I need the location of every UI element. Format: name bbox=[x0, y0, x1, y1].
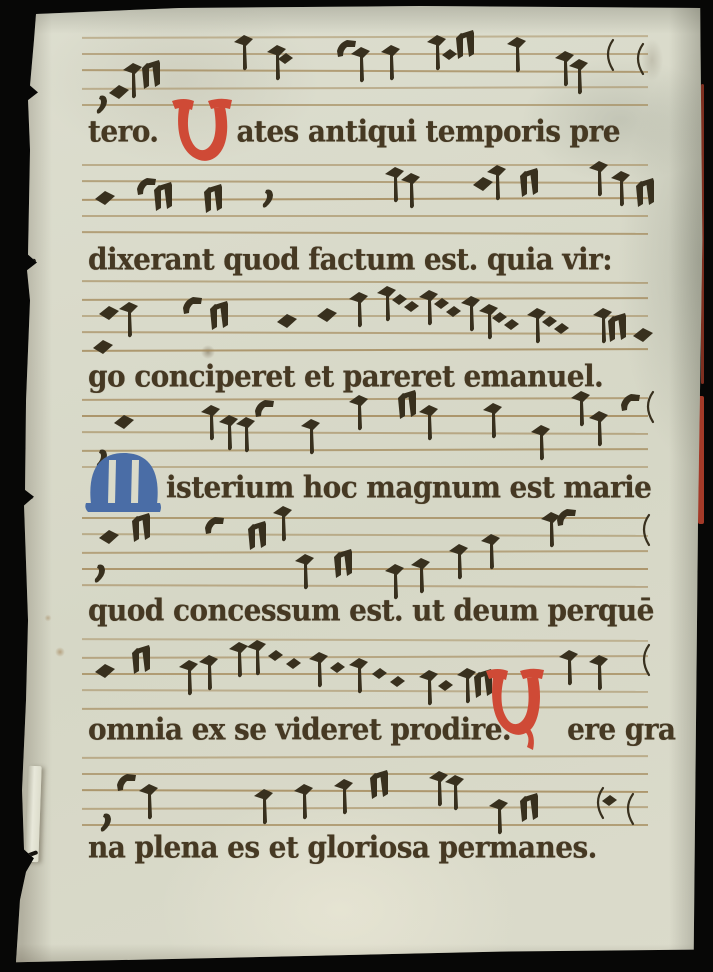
neume-p-icon bbox=[276, 313, 300, 357]
neume-v-icon bbox=[235, 416, 259, 460]
neume-y-icon bbox=[204, 515, 228, 559]
neume-d-icon bbox=[540, 315, 564, 359]
neume-d-icon bbox=[444, 305, 468, 349]
neume-v-icon bbox=[118, 301, 142, 345]
neume-y-icon bbox=[136, 176, 160, 220]
chant-text: tero. bbox=[88, 114, 158, 149]
neume-d-icon bbox=[370, 667, 394, 711]
chant-text: ates antiqui temporis pre bbox=[236, 114, 619, 149]
neume-v-icon bbox=[592, 307, 616, 351]
neume-v-icon bbox=[418, 289, 442, 333]
neume-v-icon bbox=[218, 414, 242, 458]
neume-d-icon bbox=[502, 318, 526, 362]
neume-v-icon bbox=[266, 44, 290, 88]
neume-y-icon bbox=[556, 507, 580, 551]
neume-v-icon bbox=[348, 394, 372, 438]
music-text-system: go conciperet et pareret emanuel. bbox=[88, 281, 640, 351]
neume-v-icon bbox=[348, 291, 372, 335]
neume-v-icon bbox=[418, 669, 442, 713]
neume-d-icon bbox=[284, 657, 308, 701]
neume-v-icon bbox=[308, 651, 332, 695]
neume-v-icon bbox=[376, 285, 400, 329]
neume-d-icon bbox=[490, 311, 514, 355]
music-text-system: tero. ates antiqui temporis pre bbox=[88, 36, 640, 106]
neume-v-icon bbox=[444, 774, 468, 818]
neume-v-icon bbox=[228, 641, 252, 685]
neume-d-icon bbox=[440, 48, 464, 92]
neume-v-icon bbox=[294, 553, 318, 597]
neume-c-icon bbox=[634, 643, 658, 687]
sewing-notch bbox=[22, 495, 34, 502]
neume-v-icon bbox=[426, 34, 450, 78]
neume-v-icon bbox=[568, 58, 592, 102]
neume-v-icon bbox=[456, 667, 480, 711]
neume-y-icon bbox=[254, 398, 278, 442]
neumes-layer bbox=[88, 756, 640, 826]
chant-text: dixerant quod factum est. quia vir: bbox=[88, 242, 612, 277]
neumes-layer bbox=[88, 281, 640, 351]
neume-v-icon bbox=[588, 654, 612, 698]
neume-p-icon bbox=[98, 305, 122, 349]
neume-v-icon bbox=[554, 50, 578, 94]
chant-text: omnia ex se videret prodire. bbox=[88, 712, 511, 747]
manuscript-leaf: tero. ates antiqui temporis pre dixerant… bbox=[0, 0, 713, 972]
chant-text: quod concessum est. ut deum perquē bbox=[88, 593, 654, 628]
neume-v-icon bbox=[293, 783, 317, 827]
neume-v-icon bbox=[448, 543, 472, 587]
music-text-system: isterium hoc magnum est marie bbox=[88, 398, 640, 468]
neume-d-icon bbox=[402, 300, 426, 344]
music-text-system: quod concessum est. ut deum perquē bbox=[88, 517, 640, 587]
chant-text-line: go conciperet et pareret emanuel. bbox=[88, 359, 603, 394]
neume-v-icon bbox=[384, 166, 408, 210]
neume-v-icon bbox=[610, 170, 634, 214]
neume-n-icon bbox=[368, 770, 392, 814]
sewing-notch bbox=[24, 258, 37, 266]
chant-text: na plena es et gloriosa permanes. bbox=[88, 830, 597, 865]
chant-text: ere gra bbox=[567, 712, 675, 747]
neumes-layer bbox=[88, 36, 640, 106]
neume-v-icon bbox=[400, 172, 424, 216]
neume-c-icon bbox=[618, 792, 642, 836]
neume-v-icon bbox=[482, 402, 506, 446]
neume-v-icon bbox=[526, 307, 550, 351]
neume-v-icon bbox=[428, 770, 452, 814]
neume-v-icon bbox=[380, 44, 404, 88]
neume-d-icon bbox=[266, 649, 290, 693]
neume-n-icon bbox=[130, 645, 154, 689]
chant-text: isterium hoc magnum est marie bbox=[166, 470, 651, 505]
neume-y-icon bbox=[336, 38, 360, 82]
neume-p-icon bbox=[316, 307, 340, 351]
neumes-layer bbox=[88, 517, 640, 587]
neume-c-icon bbox=[598, 38, 622, 82]
neume-v-icon bbox=[478, 303, 502, 347]
neume-v-icon bbox=[418, 404, 442, 448]
neume-p-icon bbox=[98, 529, 122, 573]
neume-v-icon bbox=[558, 649, 582, 693]
neume-v-icon bbox=[348, 657, 372, 701]
music-text-system: dixerant quod factum est. quia vir: bbox=[88, 164, 640, 234]
neume-v-icon bbox=[588, 410, 612, 454]
neume-y-icon bbox=[116, 772, 140, 816]
illuminated-initial-v-red bbox=[170, 98, 234, 168]
parchment-repair bbox=[25, 766, 41, 862]
music-text-system: na plena es et gloriosa permanes. bbox=[88, 756, 640, 826]
neumes-layer bbox=[88, 164, 640, 234]
music-text-system: omnia ex se videret prodire. ere gra bbox=[88, 639, 640, 709]
chant-text-line: isterium hoc magnum est marie bbox=[88, 470, 651, 505]
neume-v-icon bbox=[246, 639, 270, 683]
chant-text-line: na plena es et gloriosa permanes. bbox=[88, 830, 597, 865]
neume-v-icon bbox=[506, 36, 530, 80]
neume-y-icon bbox=[182, 295, 206, 339]
neume-d-icon bbox=[276, 52, 300, 96]
neume-p-icon bbox=[94, 663, 118, 707]
neumes-layer bbox=[88, 639, 640, 709]
chant-text-line: dixerant quod factum est. quia vir: bbox=[88, 242, 612, 277]
neume-v-icon bbox=[253, 788, 277, 832]
neume-n-icon bbox=[208, 301, 232, 345]
chant-text-line: quod concessum est. ut deum perquē bbox=[88, 593, 654, 628]
neume-n-icon bbox=[454, 30, 478, 74]
neume-v-icon bbox=[530, 424, 554, 468]
neume-v-icon bbox=[272, 505, 296, 549]
illuminated-initial-m-blue bbox=[84, 446, 164, 522]
neume-v-icon bbox=[333, 778, 357, 822]
neume-d-icon bbox=[390, 293, 414, 337]
neume-v-icon bbox=[480, 533, 504, 577]
neume-d-icon bbox=[600, 794, 624, 838]
neume-n-icon bbox=[518, 168, 542, 212]
neume-p-icon bbox=[94, 190, 118, 234]
chant-text-line: omnia ex se videret prodire. ere gra bbox=[88, 712, 675, 747]
neume-n-icon bbox=[140, 60, 164, 104]
neume-v-icon bbox=[198, 654, 222, 698]
neume-v-icon bbox=[588, 160, 612, 204]
neume-d-icon bbox=[432, 297, 456, 341]
neume-v-icon bbox=[233, 34, 257, 78]
neume-n-icon bbox=[332, 549, 356, 593]
neume-v-icon bbox=[350, 46, 374, 90]
neume-n-icon bbox=[202, 184, 226, 228]
neume-n-icon bbox=[606, 313, 630, 357]
neume-v-icon bbox=[138, 783, 162, 827]
neume-v-icon bbox=[540, 511, 564, 555]
neume-v-icon bbox=[486, 164, 510, 208]
neume-c-icon bbox=[588, 786, 612, 830]
neume-n-icon bbox=[396, 390, 420, 434]
neume-v-icon bbox=[200, 404, 224, 448]
neume-p-icon bbox=[472, 176, 496, 220]
chant-text-line: tero. ates antiqui temporis pre bbox=[88, 114, 620, 149]
neume-v-icon bbox=[122, 62, 146, 106]
illuminated-initial-v-red bbox=[484, 668, 546, 758]
neumes-layer bbox=[88, 398, 640, 468]
chant-text: go conciperet et pareret emanuel. bbox=[88, 359, 603, 394]
neume-c-icon bbox=[628, 42, 652, 86]
neume-v-icon bbox=[460, 295, 484, 339]
neume-d-icon bbox=[328, 661, 352, 705]
neume-v-icon bbox=[300, 418, 324, 462]
neume-n-icon bbox=[246, 521, 270, 565]
neume-v-icon bbox=[178, 659, 202, 703]
neume-n-icon bbox=[152, 182, 176, 226]
neume-q-icon bbox=[260, 188, 284, 232]
